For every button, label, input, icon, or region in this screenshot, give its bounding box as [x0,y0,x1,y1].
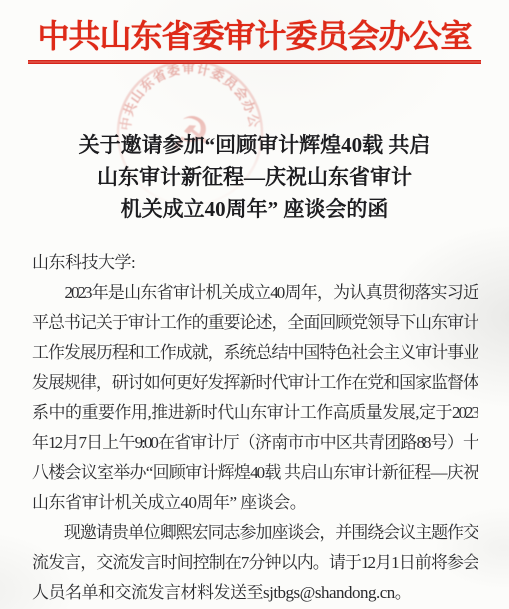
body-line: 系中的重要作用,推进新时代山东审计工作高质量发展,定于2023 [32,398,478,428]
body-line: 现邀请贵单位卿熙宏同志参加座谈会，并围绕会议主题作交 [32,518,478,548]
body-line: 人员名单和交流发言材料发送至sjtbgs@shandong.cn。 [32,578,478,608]
letterhead-divider [28,60,481,64]
scanned-document-page: 中共山东省委审计委员会办公室 中共山东省委审计委员会办公室 ☭ 关于邀请参加“回… [0,0,509,609]
title-line-1: 关于邀请参加“回顾审计辉煌40载 共启 [0,129,509,161]
body-line: 八楼会议室举办“回顾审计辉煌40载 共启山东审计新征程—庆祝 [32,458,478,488]
body-line: 2023年是山东省审计机关成立40周年，为认真贯彻落实习近 [32,278,478,308]
document-body: 山东科技大学: 2023年是山东省审计机关成立40周年，为认真贯彻落实习近 平总… [32,248,478,608]
title-line-3: 机关成立40周年” 座谈会的函 [0,193,509,225]
letterhead-org-name: 中共山东省委审计委员会办公室 [0,13,509,59]
title-line-2: 山东审计新征程—庆祝山东省审计 [0,161,509,193]
body-line: 发展规律，研讨如何更好发挥新时代审计工作在党和国家监督体 [32,368,478,398]
body-line: 山东省审计机关成立40周年” 座谈会。 [32,488,478,518]
document-title: 关于邀请参加“回顾审计辉煌40载 共启 山东审计新征程—庆祝山东省审计 机关成立… [0,129,509,225]
salutation: 山东科技大学: [32,248,478,278]
body-line: 工作发展历程和工作成就，系统总结中国特色社会主义审计事业 [32,338,478,368]
body-line: 流发言，交流发言时间控制在7分钟以内。请于12月1日前将参会 [32,548,478,578]
svg-text:中共山东省委审计委员会办公室: 中共山东省委审计委员会办公室 [95,60,262,131]
body-line: 年12月7日上午9:00在省审计厅（济南市市中区共青团路88号）十 [32,428,478,458]
seal-arc-text: 中共山东省委审计委员会办公室 [95,60,262,131]
body-line: 平总书记关于审计工作的重要论述，全面回顾党领导下山东审计 [32,308,478,338]
